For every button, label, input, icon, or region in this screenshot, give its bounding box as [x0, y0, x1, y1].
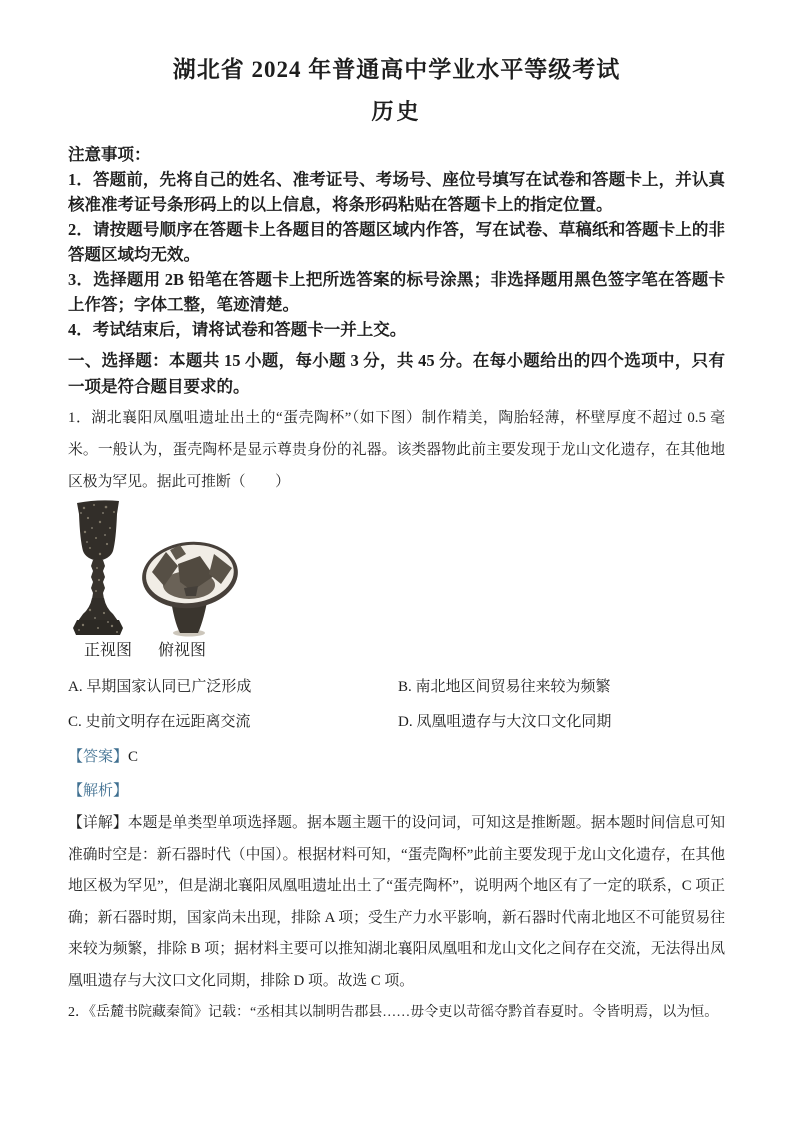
option-a-key: A.	[68, 679, 83, 695]
eggshell-cup-front-photo	[70, 498, 126, 638]
analysis-tag: 【解析】	[68, 783, 128, 799]
option-c: C. 史前文明存在远距离交流	[68, 705, 398, 740]
top-view-label: 俯视图	[158, 640, 206, 662]
question-2-stem: 2．《岳麓书院藏秦简》记载：“丞相其以制明告郡县……毋令吏以苛徭夺黔首春夏时。令…	[68, 997, 725, 1029]
analysis-line: 【解析】	[68, 774, 725, 808]
option-d-text: 凤凰咀遗存与大汶口文化同期	[416, 714, 611, 730]
option-c-text: 史前文明存在远距离交流	[86, 714, 251, 730]
option-a: A. 早期国家认同已广泛形成	[68, 670, 398, 705]
exam-notices: 注意事项： 1．答题前，先将自己的姓名、准考证号、考场号、座位号填写在试卷和答题…	[68, 142, 725, 342]
option-b: B. 南北地区间贸易往来较为频繁	[398, 670, 725, 705]
subject-title: 历史	[68, 98, 725, 126]
question-1-stem: 1．湖北襄阳凤凰咀遗址出土的“蛋壳陶杯”（如下图）制作精美，陶胎轻薄，杯壁厚度不…	[68, 402, 725, 498]
question-1-options: A. 早期国家认同已广泛形成 B. 南北地区间贸易往来较为频繁 C. 史前文明存…	[68, 670, 725, 740]
notice-item-3: 3．选择题用 2B 铅笔在答题卡上把所选答案的标号涂黑；非选择题用黑色签字笔在答…	[68, 267, 725, 317]
page-title: 湖北省 2024 年普通高中学业水平等级考试	[68, 56, 725, 84]
option-d-key: D.	[398, 714, 413, 730]
figure-labels: 正视图 俯视图	[68, 640, 725, 662]
question-1-figure	[70, 498, 725, 638]
notices-heading: 注意事项：	[68, 142, 725, 167]
front-view-label: 正视图	[84, 640, 132, 662]
option-a-text: 早期国家认同已广泛形成	[86, 679, 251, 695]
option-c-key: C.	[68, 714, 82, 730]
section-heading: 一、选择题：本题共 15 小题，每小题 3 分，共 45 分。在每小题给出的四个…	[68, 348, 725, 400]
eggshell-cup-top-photo	[140, 536, 240, 638]
notice-item-4: 4．考试结束后，请将试卷和答题卡一并上交。	[68, 317, 725, 342]
option-b-text: 南北地区间贸易往来较为频繁	[416, 679, 611, 695]
exam-paper-page: 湖北省 2024 年普通高中学业水平等级考试 历史 注意事项： 1．答题前，先将…	[0, 0, 793, 1122]
answer-value: C	[128, 749, 138, 765]
option-b-key: B.	[398, 679, 412, 695]
option-d: D. 凤凰咀遗存与大汶口文化同期	[398, 705, 725, 740]
notice-item-2: 2．请按题号顺序在答题卡上各题目的答题区域内作答，写在试卷、草稿纸和答题卡上的非…	[68, 217, 725, 267]
answer-tag: 【答案】	[68, 749, 128, 765]
answer-line: 【答案】C	[68, 740, 725, 774]
notice-item-1: 1．答题前，先将自己的姓名、准考证号、考场号、座位号填写在试卷和答题卡上，并认真…	[68, 167, 725, 217]
question-1-explanation: 【详解】本题是单类型单项选择题。据本题主题干的设问词，可知这是推断题。据本题时间…	[68, 808, 725, 997]
